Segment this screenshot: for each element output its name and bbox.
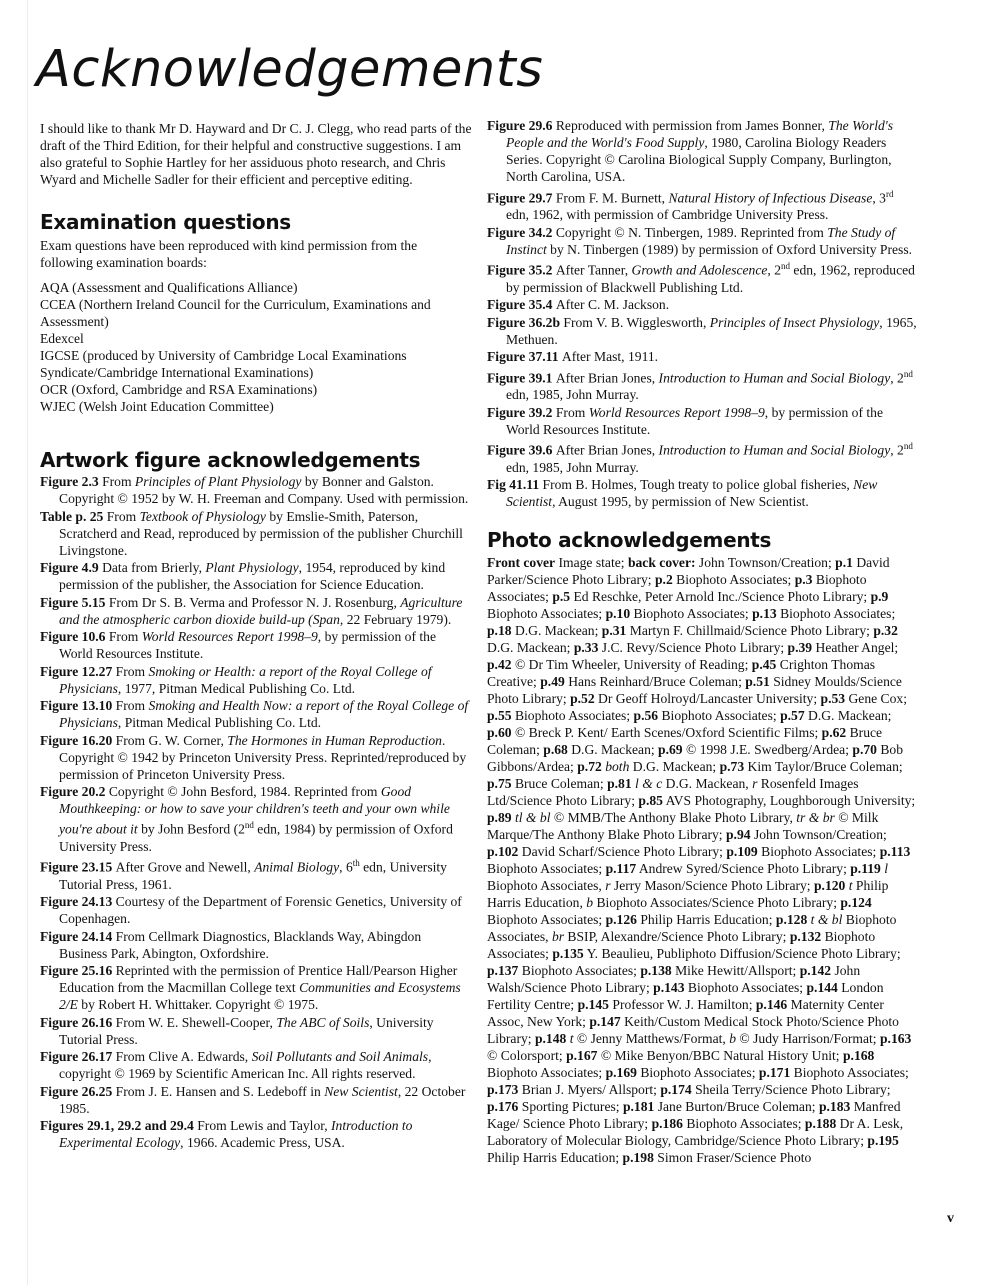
text-run: After Brian Jones, bbox=[556, 443, 659, 458]
artwork-entry: Figure 39.6 After Brian Jones, Introduct… bbox=[487, 438, 917, 476]
text-run: Andrew Syred/Science Photo Library; bbox=[636, 861, 850, 876]
credit-label: p.73 bbox=[720, 759, 745, 774]
text-run: Ed Reschke, Peter Arnold Inc./Science Ph… bbox=[570, 589, 871, 604]
credit-label: p.52 bbox=[570, 691, 595, 706]
italic-text: l bbox=[884, 861, 888, 876]
text-run: From bbox=[102, 474, 135, 489]
figure-label: Figure 35.4 bbox=[487, 297, 556, 312]
credit-label: p.120 bbox=[814, 878, 845, 893]
text-run: Biophoto Associates; bbox=[512, 708, 634, 723]
text-run: Y. Beaulieu, Publiphoto Diffusion/Scienc… bbox=[584, 946, 901, 961]
text-run: Biophoto Associates; bbox=[630, 606, 752, 621]
artwork-entry: Fig 41.11 From B. Holmes, Tough treaty t… bbox=[487, 476, 917, 510]
page-edge bbox=[27, 0, 28, 1285]
italic-text: Soil Pollutants and Soil Animals bbox=[252, 1049, 428, 1064]
text-run: From V. B. Wigglesworth, bbox=[563, 315, 709, 330]
text-run: Biophoto Associates; bbox=[487, 606, 606, 621]
credit-label: p.168 bbox=[843, 1048, 874, 1063]
text-run: © Colorsport; bbox=[487, 1048, 566, 1063]
credit-label: p.89 bbox=[487, 810, 512, 825]
italic-text: World Resources Report 1998–9 bbox=[142, 629, 318, 644]
figure-label: Figure 37.11 bbox=[487, 349, 562, 364]
artwork-entry: Table p. 25 From Textbook of Physiology … bbox=[40, 508, 472, 559]
credit-label: p.33 bbox=[574, 640, 599, 655]
text-run: After Tanner, bbox=[556, 263, 632, 278]
artwork-entry: Figure 20.2 Copyright © John Besford, 19… bbox=[40, 783, 472, 855]
exam-board: IGCSE (produced by University of Cambrid… bbox=[40, 347, 472, 381]
credit-label: p.81 bbox=[607, 776, 632, 791]
italic-text: Principles of Insect Physiology bbox=[710, 315, 880, 330]
italic-text: Growth and Adolescence bbox=[632, 263, 768, 278]
figure-label: Figure 10.6 bbox=[40, 629, 109, 644]
text-run: © 1998 J.E. Swedberg/Ardea; bbox=[683, 742, 853, 757]
italic-text: l & c bbox=[635, 776, 662, 791]
credit-label: p.181 bbox=[623, 1099, 654, 1114]
artwork-entry: Figure 13.10 From Smoking and Health Now… bbox=[40, 697, 472, 731]
text-run: edn, 1962, with permission of Cambridge … bbox=[506, 207, 828, 222]
figure-label: Figure 29.7 bbox=[487, 190, 556, 205]
text-run: , 6 bbox=[339, 860, 353, 875]
text-run: © MMB/The Anthony Blake Photo Library, bbox=[550, 810, 796, 825]
text-run: From G. W. Corner, bbox=[116, 733, 228, 748]
text-run: , August 1995, by permission of New Scie… bbox=[552, 494, 809, 509]
text-run: D.G. Mackean; bbox=[629, 759, 719, 774]
artwork-entry: Figure 26.17 From Clive A. Edwards, Soil… bbox=[40, 1048, 472, 1082]
credit-label: p.39 bbox=[788, 640, 813, 655]
italic-text: tl & bl bbox=[515, 810, 551, 825]
artwork-list-left: Figure 2.3 From Principles of Plant Phys… bbox=[40, 473, 472, 1151]
text-run: Courtesy of the Department of Forensic G… bbox=[59, 894, 462, 926]
exam-heading: Examination questions bbox=[40, 210, 472, 234]
text-run: Biophoto Associates; bbox=[685, 980, 807, 995]
text-run: Biophoto Associates; bbox=[487, 912, 606, 927]
artwork-entry: Figure 10.6 From World Resources Report … bbox=[40, 628, 472, 662]
italic-text: Textbook of Physiology bbox=[140, 509, 266, 524]
figure-label: Figure 24.13 bbox=[40, 894, 116, 909]
artwork-entry: Figure 12.27 From Smoking or Health: a r… bbox=[40, 663, 472, 697]
text-run: th bbox=[353, 858, 360, 868]
artwork-list-right: Figure 29.6 Reproduced with permission f… bbox=[487, 117, 917, 510]
text-run: Biophoto Associates; bbox=[790, 1065, 909, 1080]
text-run: Sporting Pictures; bbox=[518, 1099, 623, 1114]
artwork-entry: Figure 26.16 From W. E. Shewell-Cooper, … bbox=[40, 1014, 472, 1048]
figure-label: Figure 4.9 bbox=[40, 560, 102, 575]
italic-text: Plant Physiology bbox=[205, 560, 298, 575]
artwork-entry: Figure 23.15 After Grove and Newell, Ani… bbox=[40, 855, 472, 893]
credit-label: p.85 bbox=[638, 793, 663, 808]
figure-label: Figure 23.15 bbox=[40, 860, 116, 875]
figure-label: Figure 13.10 bbox=[40, 698, 116, 713]
figure-label: Figure 36.2b bbox=[487, 315, 563, 330]
figure-label: Figure 25.16 bbox=[40, 963, 116, 978]
text-run: Biophoto Associates; bbox=[758, 844, 880, 859]
credit-label: p.124 bbox=[840, 895, 871, 910]
italic-text: Introduction to Human and Social Biology bbox=[659, 443, 891, 458]
credit-label: p.45 bbox=[752, 657, 777, 672]
intro-paragraph: I should like to thank Mr D. Hayward and… bbox=[40, 120, 472, 188]
text-run: D.G. Mackean; bbox=[487, 640, 574, 655]
credit-label: p.10 bbox=[606, 606, 631, 621]
artwork-heading: Artwork figure acknowledgements bbox=[40, 448, 472, 472]
text-run: From Lewis and Taylor, bbox=[197, 1118, 331, 1133]
text-run: Hans Reinhard/Bruce Coleman; bbox=[565, 674, 745, 689]
credit-label: p.55 bbox=[487, 708, 512, 723]
credit-label: p.142 bbox=[800, 963, 831, 978]
exam-board: AQA (Assessment and Qualifications Allia… bbox=[40, 279, 472, 296]
text-run: © Breck P. Kent/ Earth Scenes/Oxford Sci… bbox=[512, 725, 822, 740]
text-run: nd bbox=[904, 441, 913, 451]
text-run: rd bbox=[886, 189, 894, 199]
credit-label: p.18 bbox=[487, 623, 512, 638]
exam-board: WJEC (Welsh Joint Education Committee) bbox=[40, 398, 472, 415]
text-run: AVS Photography, Loughborough University… bbox=[663, 793, 915, 808]
exam-intro: Exam questions have been reproduced with… bbox=[40, 237, 472, 271]
text-run: , 3 bbox=[872, 190, 886, 205]
page-title: Acknowledgements bbox=[36, 44, 543, 95]
figure-label: Figure 2.3 bbox=[40, 474, 102, 489]
credit-label: p.70 bbox=[852, 742, 877, 757]
text-run: Biophoto Associates/Science Photo Librar… bbox=[593, 895, 840, 910]
text-run: , 2 bbox=[767, 263, 781, 278]
figure-label: Figures 29.1, 29.2 and 29.4 bbox=[40, 1118, 197, 1133]
artwork-entry: Figure 24.13 Courtesy of the Department … bbox=[40, 893, 472, 927]
photo-credits: Front cover Image state; back cover: Joh… bbox=[487, 554, 917, 1166]
text-run: edn, 1985, John Murray. bbox=[506, 460, 639, 475]
artwork-entry: Figures 29.1, 29.2 and 29.4 From Lewis a… bbox=[40, 1117, 472, 1151]
text-run: J.C. Revy/Science Photo Library; bbox=[598, 640, 787, 655]
artwork-entry: Figure 36.2b From V. B. Wigglesworth, Pr… bbox=[487, 314, 917, 348]
text-run: , 2 bbox=[890, 370, 904, 385]
credit-label: p.176 bbox=[487, 1099, 518, 1114]
text-run: Reproduced with permission from James Bo… bbox=[556, 118, 828, 133]
text-run: , 1966. Academic Press, USA. bbox=[180, 1135, 345, 1150]
artwork-entry: Figure 29.6 Reproduced with permission f… bbox=[487, 117, 917, 185]
right-column: Figure 29.6 Reproduced with permission f… bbox=[487, 117, 917, 1166]
credit-label: p.2 bbox=[655, 572, 673, 587]
credit-label: p.31 bbox=[602, 623, 627, 638]
text-run: D.G. Mackean, bbox=[662, 776, 752, 791]
figure-label: Figure 16.20 bbox=[40, 733, 116, 748]
credit-label: p.146 bbox=[756, 997, 787, 1012]
text-run: After C. M. Jackson. bbox=[556, 297, 669, 312]
credit-label: p.62 bbox=[822, 725, 847, 740]
artwork-entry: Figure 39.2 From World Resources Report … bbox=[487, 404, 917, 438]
text-run: Biophoto Associates; bbox=[518, 963, 640, 978]
text-run: Biophoto Associates; bbox=[673, 572, 795, 587]
artwork-entry: Figure 37.11 After Mast, 1911. bbox=[487, 348, 917, 365]
credit-label: p.119 bbox=[850, 861, 881, 876]
credit-label: p.135 bbox=[552, 946, 583, 961]
artwork-entry: Figure 2.3 From Principles of Plant Phys… bbox=[40, 473, 472, 507]
italic-text: The ABC of Soils bbox=[276, 1015, 369, 1030]
text-run: Biophoto Associates; bbox=[637, 1065, 759, 1080]
text-run: nd bbox=[245, 820, 254, 830]
photo-heading: Photo acknowledgements bbox=[487, 528, 917, 552]
credit-label: p.143 bbox=[653, 980, 684, 995]
credit-label: p.32 bbox=[873, 623, 898, 638]
credit-label: p.137 bbox=[487, 963, 518, 978]
text-run: From F. M. Burnett, bbox=[556, 190, 669, 205]
italic-text: tr & br bbox=[796, 810, 835, 825]
text-run: edn, 1985, John Murray. bbox=[506, 387, 639, 402]
credit-label: p.145 bbox=[578, 997, 609, 1012]
text-run: Martyn F. Chillmaid/Science Photo Librar… bbox=[626, 623, 873, 638]
credit-label: p.117 bbox=[606, 861, 637, 876]
credit-label: p.51 bbox=[745, 674, 770, 689]
text-run: Image state; bbox=[555, 555, 628, 570]
text-run: Sheila Terry/Science Photo Library; bbox=[692, 1082, 891, 1097]
credit-label: p.144 bbox=[806, 980, 837, 995]
text-run: From B. Holmes, Tough treaty to police g… bbox=[543, 477, 854, 492]
credit-label: p.138 bbox=[640, 963, 671, 978]
text-run: by Robert H. Whittaker. Copyright © 1975… bbox=[78, 997, 318, 1012]
artwork-entry: Figure 39.1 After Brian Jones, Introduct… bbox=[487, 366, 917, 404]
text-run: Philip Harris Education; bbox=[487, 1150, 623, 1165]
text-run: Kim Taylor/Bruce Coleman; bbox=[744, 759, 903, 774]
text-run: John Townson/Creation; bbox=[696, 555, 836, 570]
figure-label: Figure 26.25 bbox=[40, 1084, 116, 1099]
artwork-entry: Figure 5.15 From Dr S. B. Verma and Prof… bbox=[40, 594, 472, 628]
artwork-entry: Figure 35.2 After Tanner, Growth and Ado… bbox=[487, 258, 917, 296]
text-run: From Clive A. Edwards, bbox=[116, 1049, 252, 1064]
figure-label: Figure 24.14 bbox=[40, 929, 116, 944]
credit-label: p.94 bbox=[726, 827, 751, 842]
figure-label: Figure 12.27 bbox=[40, 664, 116, 679]
figure-label: Figure 39.6 bbox=[487, 443, 556, 458]
italic-text: br bbox=[552, 929, 564, 944]
figure-label: Figure 26.17 bbox=[40, 1049, 116, 1064]
text-run: nd bbox=[904, 369, 913, 379]
text-run: From bbox=[107, 509, 140, 524]
credit-label: p.60 bbox=[487, 725, 512, 740]
text-run: From bbox=[116, 698, 149, 713]
italic-text: Natural History of Infectious Disease bbox=[668, 190, 872, 205]
text-run: Philip Harris Education; bbox=[637, 912, 776, 927]
italic-text: The Hormones in Human Reproduction bbox=[227, 733, 442, 748]
credit-label: p.132 bbox=[790, 929, 821, 944]
figure-label: Figure 39.1 bbox=[487, 370, 556, 385]
text-run: From J. E. Hansen and S. Ledeboff in bbox=[116, 1084, 325, 1099]
text-run: John Townson/Creation; bbox=[751, 827, 887, 842]
credit-label: p.167 bbox=[566, 1048, 597, 1063]
text-run: Biophoto Associates; bbox=[487, 1065, 606, 1080]
text-run: D.G. Mackean; bbox=[512, 623, 602, 638]
credit-label: p.3 bbox=[795, 572, 813, 587]
text-run: From bbox=[116, 664, 149, 679]
text-run: Gene Cox; bbox=[845, 691, 907, 706]
text-run: © Jenny Matthews/Format, bbox=[573, 1031, 729, 1046]
exam-boards-list: AQA (Assessment and Qualifications Allia… bbox=[40, 279, 472, 415]
italic-text: both bbox=[605, 759, 629, 774]
italic-text: World Resources Report 1998–9 bbox=[589, 405, 765, 420]
credit-label: p.174 bbox=[660, 1082, 691, 1097]
artwork-entry: Figure 34.2 Copyright © N. Tinbergen, 19… bbox=[487, 224, 917, 258]
text-run: From bbox=[556, 405, 589, 420]
artwork-entry: Figure 29.7 From F. M. Burnett, Natural … bbox=[487, 186, 917, 224]
credit-label: p.42 bbox=[487, 657, 512, 672]
figure-label: Figure 5.15 bbox=[40, 595, 109, 610]
credit-label: p.9 bbox=[871, 589, 889, 604]
text-run: Professor W. J. Hamilton; bbox=[609, 997, 756, 1012]
text-run: Mike Hewitt/Allsport; bbox=[672, 963, 800, 978]
text-run: Jane Burton/Bruce Coleman; bbox=[654, 1099, 819, 1114]
credit-label: p.128 bbox=[776, 912, 807, 927]
credit-label: p.75 bbox=[487, 776, 512, 791]
credit-label: p.109 bbox=[726, 844, 757, 859]
artwork-entry: Figure 4.9 Data from Brierly, Plant Phys… bbox=[40, 559, 472, 593]
credit-label: p.13 bbox=[752, 606, 777, 621]
text-run: Copyright © N. Tinbergen, 1989. Reprinte… bbox=[556, 225, 827, 240]
left-column: I should like to thank Mr D. Hayward and… bbox=[40, 120, 472, 1152]
credit-label: p.186 bbox=[652, 1116, 683, 1131]
italic-text: t & bl bbox=[811, 912, 843, 927]
text-run: , Pitman Medical Publishing Co. Ltd. bbox=[118, 715, 321, 730]
text-run: © Mike Benyon/BBC Natural History Unit; bbox=[597, 1048, 843, 1063]
text-run: Heather Angel; bbox=[812, 640, 898, 655]
credit-label: back cover: bbox=[628, 555, 696, 570]
text-run: D.G. Mackean; bbox=[805, 708, 892, 723]
credit-label: p.68 bbox=[543, 742, 568, 757]
credit-label: p.126 bbox=[606, 912, 637, 927]
text-run: Bruce Coleman; bbox=[512, 776, 608, 791]
figure-label: Figure 34.2 bbox=[487, 225, 556, 240]
credit-label: p.49 bbox=[540, 674, 565, 689]
text-run: Copyright © John Besford, 1984. Reprinte… bbox=[109, 784, 381, 799]
exam-board: CCEA (Northern Ireland Council for the C… bbox=[40, 296, 472, 330]
text-run: , 2 bbox=[890, 443, 904, 458]
credit-label: p.163 bbox=[880, 1031, 911, 1046]
credit-label: p.148 bbox=[535, 1031, 566, 1046]
figure-label: Table p. 25 bbox=[40, 509, 107, 524]
artwork-entry: Figure 16.20 From G. W. Corner, The Horm… bbox=[40, 732, 472, 783]
italic-text: Principles of Plant Physiology bbox=[135, 474, 302, 489]
figure-label: Figure 26.16 bbox=[40, 1015, 116, 1030]
text-run: Jerry Mason/Science Photo Library; bbox=[611, 878, 814, 893]
page-number: v bbox=[947, 1211, 954, 1227]
credit-label: p.169 bbox=[606, 1065, 637, 1080]
text-run: by John Besford (2 bbox=[138, 822, 245, 837]
text-run: Biophoto Associates; bbox=[487, 861, 606, 876]
credit-label: p.56 bbox=[634, 708, 659, 723]
artwork-entry: Figure 26.25 From J. E. Hansen and S. Le… bbox=[40, 1083, 472, 1117]
artwork-entry: Figure 25.16 Reprinted with the permissi… bbox=[40, 962, 472, 1013]
figure-label: Figure 35.2 bbox=[487, 263, 556, 278]
figure-label: Figure 29.6 bbox=[487, 118, 556, 133]
italic-text: Introduction to Human and Social Biology bbox=[659, 370, 891, 385]
text-run: From W. E. Shewell-Cooper, bbox=[116, 1015, 277, 1030]
text-run: Brian J. Myers/ Allsport; bbox=[518, 1082, 660, 1097]
artwork-entry: Figure 35.4 After C. M. Jackson. bbox=[487, 296, 917, 313]
credit-label: p.183 bbox=[819, 1099, 850, 1114]
text-run: After Brian Jones, bbox=[556, 370, 659, 385]
text-run: BSIP, Alexandre/Science Photo Library; bbox=[564, 929, 790, 944]
text-run: After Mast, 1911. bbox=[562, 349, 658, 364]
text-run: Biophoto Associates, bbox=[487, 878, 605, 893]
credit-label: p.188 bbox=[805, 1116, 836, 1131]
text-run: Simon Fraser/Science Photo bbox=[654, 1150, 811, 1165]
text-run: Biophoto Associates; bbox=[777, 606, 896, 621]
text-run: © Dr Tim Wheeler, University of Reading; bbox=[512, 657, 752, 672]
italic-text: Animal Biology bbox=[254, 860, 339, 875]
credit-label: p.147 bbox=[589, 1014, 620, 1029]
credit-label: Front cover bbox=[487, 555, 555, 570]
credit-label: p.69 bbox=[658, 742, 683, 757]
text-run: by N. Tinbergen (1989) by permission of … bbox=[547, 242, 912, 257]
credit-label: p.113 bbox=[880, 844, 911, 859]
figure-label: Figure 39.2 bbox=[487, 405, 556, 420]
exam-board: OCR (Oxford, Cambridge and RSA Examinati… bbox=[40, 381, 472, 398]
credit-label: p.102 bbox=[487, 844, 518, 859]
credit-label: p.171 bbox=[759, 1065, 790, 1080]
text-run: From Dr S. B. Verma and Professor N. J. … bbox=[109, 595, 400, 610]
text-run: , 1977, Pitman Medical Publishing Co. Lt… bbox=[118, 681, 355, 696]
text-run: Biophoto Associates; bbox=[683, 1116, 805, 1131]
figure-label: Fig 41.11 bbox=[487, 477, 543, 492]
italic-text: New Scientist bbox=[324, 1084, 398, 1099]
text-run: D.G. Mackean; bbox=[568, 742, 658, 757]
credit-label: p.1 bbox=[835, 555, 853, 570]
text-run: David Scharf/Science Photo Library; bbox=[518, 844, 726, 859]
artwork-entry: Figure 24.14 From Cellmark Diagnostics, … bbox=[40, 928, 472, 962]
text-run: © Judy Harrison/Format; bbox=[736, 1031, 880, 1046]
italic-text: b bbox=[729, 1031, 736, 1046]
text-run: 22 February 1979). bbox=[343, 612, 451, 627]
credit-label: p.57 bbox=[780, 708, 805, 723]
text-run: nd bbox=[781, 261, 790, 271]
text-run: Dr Geoff Holroyd/Lancaster University; bbox=[595, 691, 821, 706]
exam-board: Edexcel bbox=[40, 330, 472, 347]
text-run: From bbox=[109, 629, 142, 644]
text-run: After Grove and Newell, bbox=[116, 860, 255, 875]
text-run: Biophoto Associates; bbox=[658, 708, 780, 723]
credit-label: p.198 bbox=[623, 1150, 654, 1165]
text-run: Data from Brierly, bbox=[102, 560, 205, 575]
credit-label: p.195 bbox=[867, 1133, 898, 1148]
credit-label: p.53 bbox=[821, 691, 846, 706]
credit-label: p.72 bbox=[577, 759, 602, 774]
credit-label: p.173 bbox=[487, 1082, 518, 1097]
credit-label: p.5 bbox=[552, 589, 570, 604]
figure-label: Figure 20.2 bbox=[40, 784, 109, 799]
